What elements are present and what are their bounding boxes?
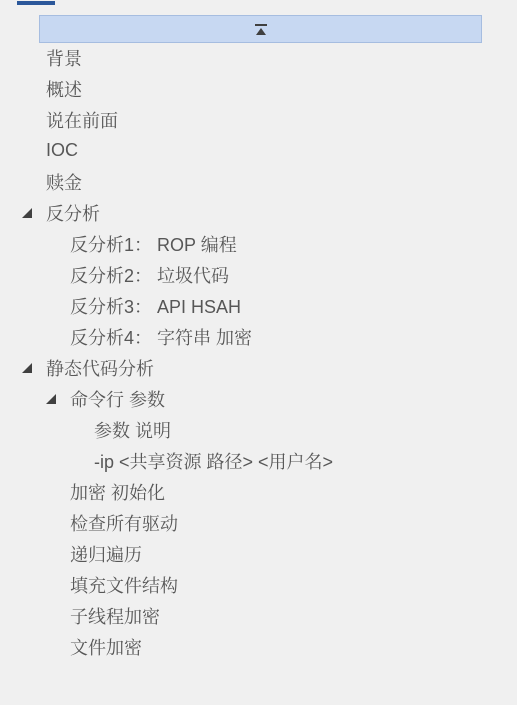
jump-to-top-icon (254, 24, 268, 35)
outline-item[interactable]: 静态代码分析 (0, 352, 517, 383)
outline-item-label: 子线程加密 (70, 603, 160, 629)
outline-item-label: 反分析4： 字符串 加密 (70, 324, 252, 350)
outline-item[interactable]: 子线程加密 (0, 600, 517, 631)
outline-item-label: IOC (46, 140, 78, 161)
outline-item[interactable]: 递归遍历 (0, 538, 517, 569)
outline-item[interactable]: 反分析2： 垃圾代码 (0, 259, 517, 290)
outline-item[interactable]: 命令行 参数 (0, 383, 517, 414)
outline-item[interactable]: 检查所有驱动 (0, 507, 517, 538)
selected-outline-item[interactable] (39, 15, 482, 43)
outline-item-label: 说在前面 (46, 107, 118, 133)
outline-item-label: 赎金 (46, 169, 82, 195)
outline-item-label: 参数 说明 (94, 417, 171, 443)
outline-item-label: 反分析 (46, 200, 100, 226)
outline-item[interactable]: 反分析3： API HSAH (0, 290, 517, 321)
collapse-toggle-icon[interactable] (46, 394, 70, 404)
outline-item[interactable]: IOC (0, 135, 517, 166)
outline-list: 背景概述说在前面IOC赎金反分析反分析1： ROP 编程反分析2： 垃圾代码反分… (0, 42, 517, 662)
outline-item-label: 静态代码分析 (46, 355, 154, 381)
outline-item[interactable]: 反分析4： 字符串 加密 (0, 321, 517, 352)
outline-item[interactable]: 反分析1： ROP 编程 (0, 228, 517, 259)
outline-item-label: 检查所有驱动 (70, 510, 178, 536)
outline-item-label: 概述 (46, 76, 82, 102)
outline-item-label: 背景 (46, 45, 82, 71)
outline-item[interactable]: 填充文件结构 (0, 569, 517, 600)
outline-item[interactable]: 加密 初始化 (0, 476, 517, 507)
outline-item-label: 反分析1： ROP 编程 (70, 231, 237, 257)
outline-item-label: 反分析2： 垃圾代码 (70, 262, 229, 288)
outline-item-label: 文件加密 (70, 634, 142, 660)
active-tab-indicator (17, 1, 55, 5)
outline-item[interactable]: -ip <共享资源 路径> <用户名> (0, 445, 517, 476)
outline-item[interactable]: 概述 (0, 73, 517, 104)
outline-item-label: -ip <共享资源 路径> <用户名> (94, 448, 333, 474)
outline-item-label: 命令行 参数 (70, 386, 165, 412)
outline-item[interactable]: 说在前面 (0, 104, 517, 135)
outline-item[interactable]: 背景 (0, 42, 517, 73)
collapse-toggle-icon[interactable] (22, 208, 46, 218)
outline-item-label: 填充文件结构 (70, 572, 178, 598)
collapse-toggle-icon[interactable] (22, 363, 46, 373)
outline-item-label: 反分析3： API HSAH (70, 293, 241, 319)
outline-item[interactable]: 赎金 (0, 166, 517, 197)
outline-item-label: 加密 初始化 (70, 479, 165, 505)
outline-item[interactable]: 参数 说明 (0, 414, 517, 445)
outline-item[interactable]: 文件加密 (0, 631, 517, 662)
outline-item-label: 递归遍历 (70, 541, 142, 567)
outline-item[interactable]: 反分析 (0, 197, 517, 228)
